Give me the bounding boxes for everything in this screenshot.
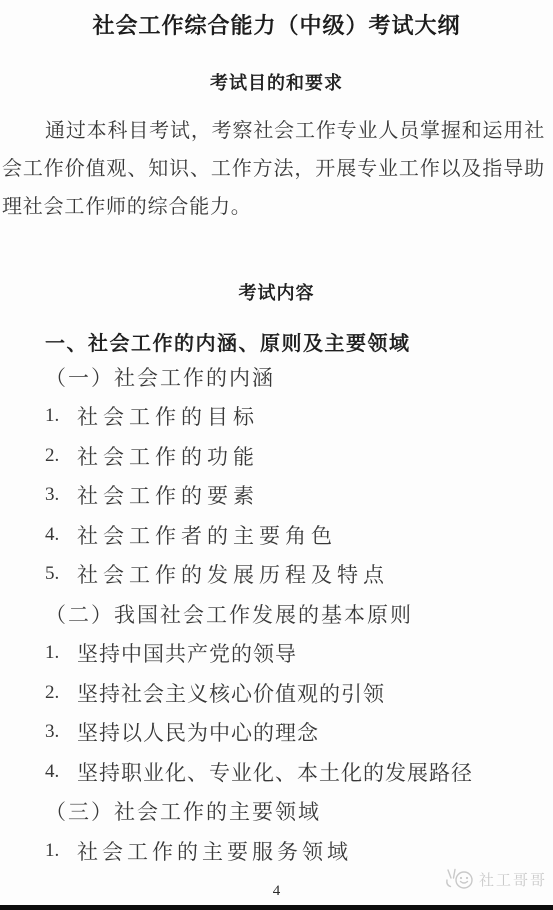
document-title: 社会工作综合能力（中级）考试大纲 — [0, 9, 553, 40]
bottom-bar — [0, 905, 553, 910]
intro-paragraph: 通过本科目考试，考察社会工作专业人员掌握和运用社会工作价值观、知识、工作方法，开… — [2, 112, 545, 226]
item-text: 社会工作的发展历程及特点 — [77, 559, 389, 589]
item-text: 社会工作的功能 — [77, 441, 259, 471]
item-number: 2. — [45, 445, 77, 467]
item-number: 1. — [45, 405, 77, 427]
outline-item: 4.坚持职业化、专业化、本土化的发展路径 — [45, 752, 553, 792]
outline-item: 1.社会工作的主要服务领域 — [45, 831, 553, 871]
item-number: 5. — [45, 563, 77, 585]
outline-item: 2.社会工作的功能 — [45, 436, 553, 476]
item-text: 社会工作的主要服务领域 — [77, 836, 352, 866]
item-number: 3. — [45, 484, 77, 506]
outline-subheading-3: （三）社会工作的主要领域 — [45, 792, 553, 832]
item-text: 坚持职业化、专业化、本土化的发展路径 — [77, 757, 473, 787]
page-number: 4 — [0, 883, 553, 900]
outline-item: 1.社会工作的目标 — [45, 397, 553, 437]
item-text: 社会工作的目标 — [77, 401, 259, 431]
item-text: 坚持以人民为中心的理念 — [77, 717, 319, 747]
outline-item: 4.社会工作者的主要角色 — [45, 515, 553, 555]
outline-item: 1.坚持中国共产党的领导 — [45, 634, 553, 674]
item-number: 1. — [45, 840, 77, 862]
chapter-heading: 一、社会工作的内涵、原则及主要领域 — [45, 327, 411, 356]
document-page: 社会工作综合能力（中级）考试大纲 考试目的和要求 通过本科目考试，考察社会工作专… — [0, 0, 553, 910]
outline-item: 3.社会工作的要素 — [45, 476, 553, 516]
outline-list: （一）社会工作的内涵 1.社会工作的目标 2.社会工作的功能 3.社会工作的要素… — [45, 357, 553, 871]
item-number: 4. — [45, 761, 77, 783]
outline-item: 2.坚持社会主义核心价值观的引领 — [45, 673, 553, 713]
outline-subheading-1: （一）社会工作的内涵 — [45, 357, 553, 397]
item-text: 坚持社会主义核心价值观的引领 — [77, 678, 385, 708]
item-number: 4. — [45, 524, 77, 546]
item-text: 社会工作的要素 — [77, 480, 259, 510]
outline-subheading-2: （二）我国社会工作发展的基本原则 — [45, 594, 553, 634]
purpose-heading: 考试目的和要求 — [0, 69, 553, 95]
content-heading: 考试内容 — [0, 279, 553, 305]
item-number: 3. — [45, 721, 77, 743]
outline-item: 3.坚持以人民为中心的理念 — [45, 713, 553, 753]
outline-item: 5.社会工作的发展历程及特点 — [45, 555, 553, 595]
item-number: 2. — [45, 682, 77, 704]
item-number: 1. — [45, 642, 77, 664]
item-text: 社会工作者的主要角色 — [77, 520, 337, 550]
item-text: 坚持中国共产党的领导 — [77, 638, 297, 668]
